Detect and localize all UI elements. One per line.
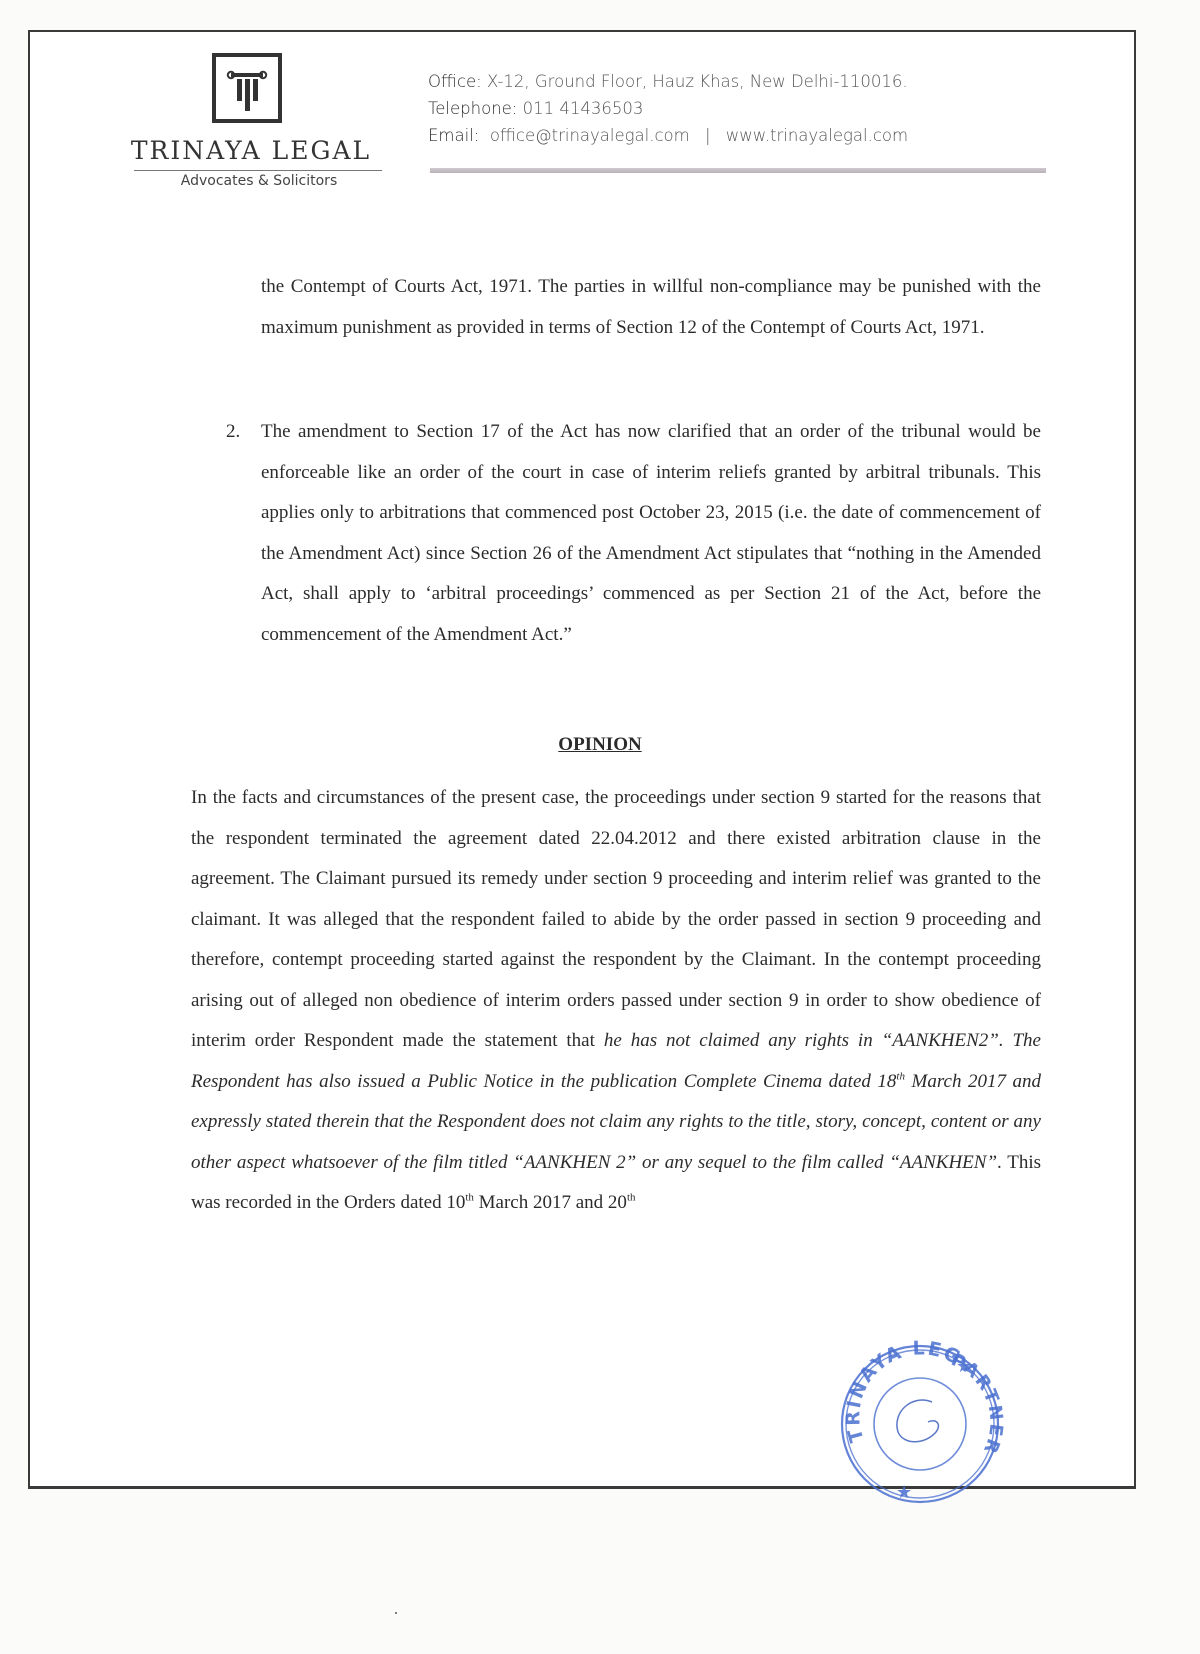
- office-value: X-12, Ground Floor, Hauz Khas, New Delhi…: [482, 72, 908, 91]
- opinion-text-part1: In the facts and circumstances of the pr…: [191, 787, 1041, 1051]
- partner-seal-stamp-icon: TRINAYA LEGAL PARTNER ★ ★: [832, 1332, 1012, 1512]
- email-label: Email:: [428, 126, 479, 145]
- superscript: th: [465, 1192, 474, 1204]
- email-value: office@trinayalegal.com: [490, 126, 690, 145]
- continuation-text: the Contempt of Courts Act, 1971. The pa…: [261, 267, 1041, 348]
- list-item-2: The amendment to Section 17 of the Act h…: [261, 412, 1041, 655]
- firm-logo: [212, 53, 282, 123]
- firm-tagline: Advocates & Solicitors: [128, 173, 390, 189]
- signature-scribble: [897, 1400, 939, 1442]
- opinion-text: In the facts and circumstances of the pr…: [191, 778, 1041, 1224]
- stamp-top-text: TRINAYA LEGAL: [832, 1332, 965, 1445]
- telephone-label: Telephone:: [428, 99, 517, 118]
- office-label: Office:: [428, 72, 482, 91]
- list-item-number: 2.: [226, 412, 240, 453]
- telephone: Telephone: 011 41436503: [428, 95, 908, 122]
- page-border: [28, 30, 1136, 1489]
- opinion-paragraph: In the facts and circumstances of the pr…: [191, 778, 1041, 1224]
- telephone-value: 011 41436503: [517, 99, 643, 118]
- email-web: Email: office@trinayalegal.com | www.tri…: [428, 122, 908, 149]
- svg-text:★: ★: [956, 1356, 972, 1377]
- svg-text:★: ★: [896, 1482, 912, 1503]
- office-address: Office: X-12, Ground Floor, Hauz Khas, N…: [428, 68, 908, 95]
- list-item-2-text: The amendment to Section 17 of the Act h…: [261, 412, 1041, 655]
- scan-speck: [395, 1612, 397, 1614]
- header-divider: [430, 168, 1046, 173]
- website: www.trinayalegal.com: [726, 126, 908, 145]
- superscript: th: [896, 1070, 905, 1082]
- continuation-paragraph: the Contempt of Courts Act, 1971. The pa…: [261, 267, 1041, 348]
- opinion-text-part3: March 2017 and 20: [474, 1192, 627, 1213]
- opinion-quote-italic: he has not claimed any rights in “AANKHE…: [191, 1030, 1041, 1173]
- svg-text:TRINAYA LEGAL: TRINAYA LEGAL: [832, 1332, 965, 1445]
- firm-name: TRINAYA LEGAL: [128, 136, 374, 165]
- section-heading-opinion: OPINION: [0, 734, 1200, 756]
- pillar-column-icon: [226, 67, 268, 113]
- contact-block: Office: X-12, Ground Floor, Hauz Khas, N…: [428, 68, 908, 149]
- superscript: th: [627, 1192, 636, 1204]
- contact-separator: |: [705, 126, 711, 145]
- logo-divider: [134, 170, 382, 171]
